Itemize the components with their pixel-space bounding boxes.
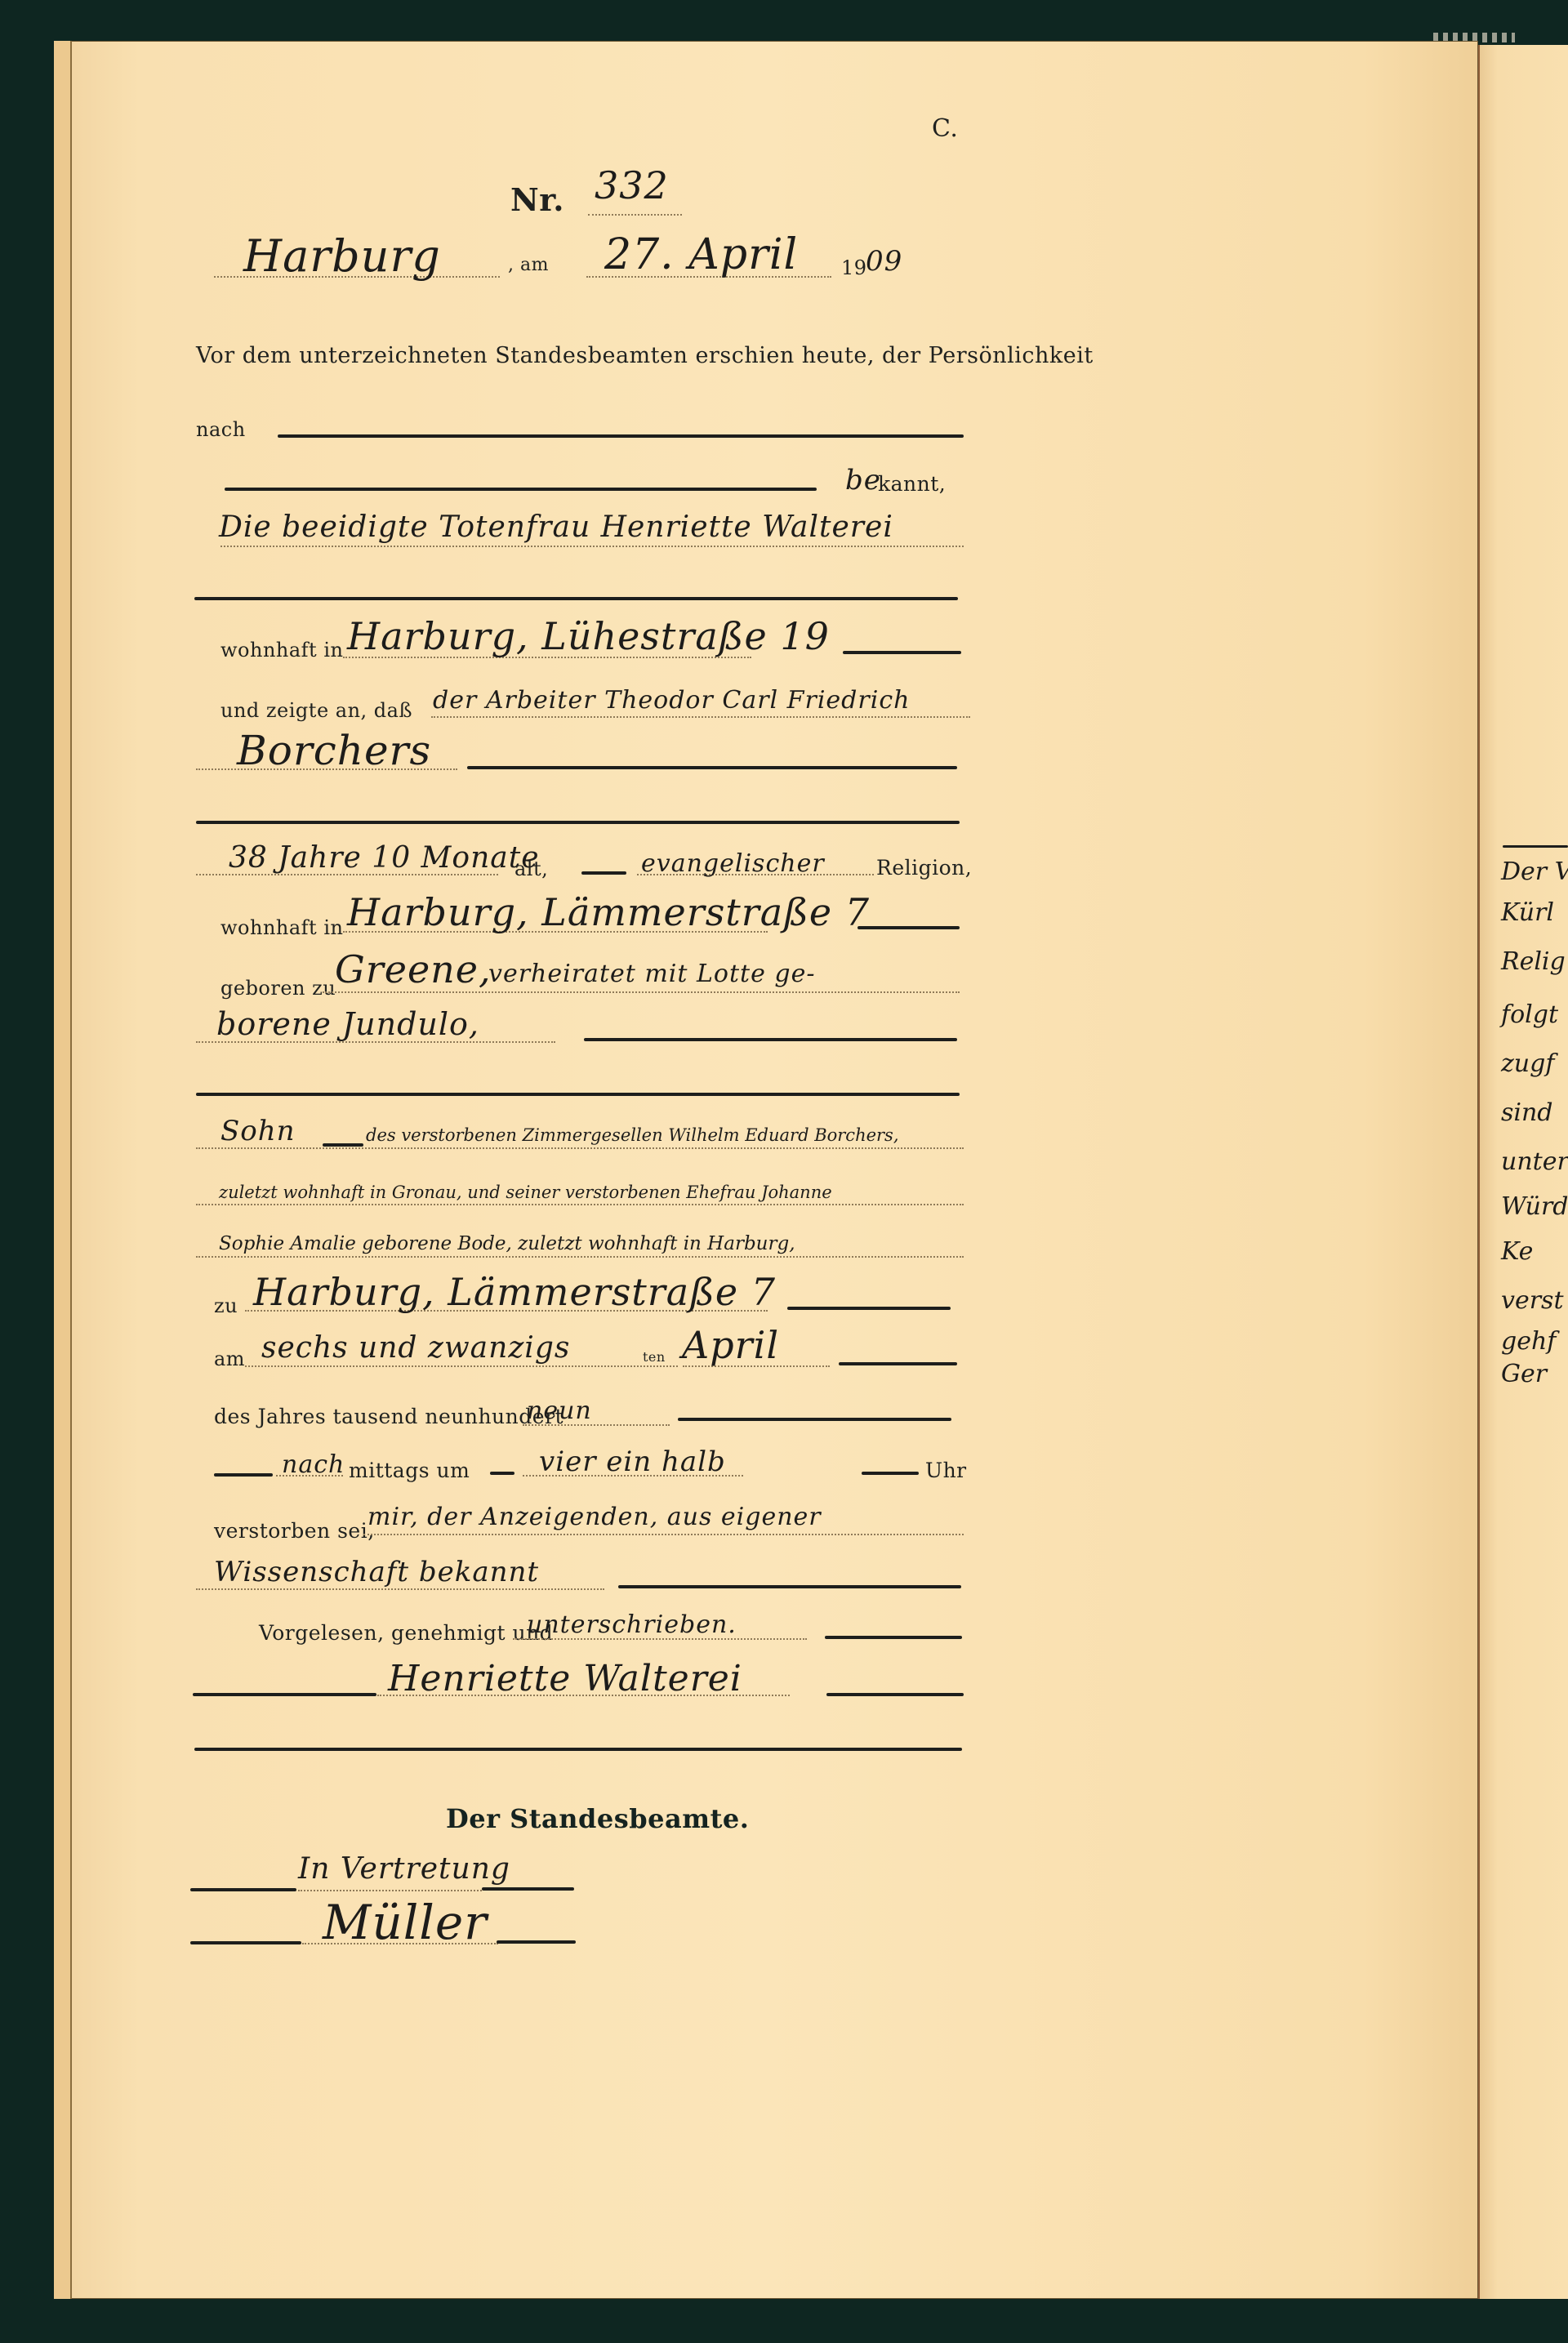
facing-page-line: unter [1501, 1147, 1568, 1176]
geboren-label: geboren zu [220, 977, 336, 1000]
ten-suffix: ten [643, 1349, 666, 1365]
registrar-line-2-left [190, 1941, 301, 1944]
registrar-representation: In Vertretung [298, 1852, 510, 1886]
intro-text: Vor dem unterzeichneten Standesbeamten e… [196, 343, 1094, 368]
am-label: am [214, 1347, 245, 1370]
death-day-dotted-line [245, 1365, 678, 1367]
divider-line-3 [196, 1093, 960, 1096]
informant-signature: Henriette Walterei [388, 1658, 742, 1699]
facing-page-line: Der V [1501, 857, 1568, 886]
signature-line-left [193, 1693, 376, 1696]
marriage-line-1: verheiratet mit Lotte ge- [488, 960, 815, 988]
facing-page-line: Würd [1501, 1192, 1568, 1221]
standesbeamte-heading: Der Standesbeamte. [446, 1803, 749, 1834]
facing-page-rule [1503, 845, 1568, 848]
wohnhaft-line [843, 651, 961, 654]
deceased-wohnhaft-label: wohnhaft in [220, 916, 343, 939]
date-am-label: , am [508, 255, 549, 275]
facing-page-line: sind [1501, 1098, 1553, 1127]
bekannt-line [225, 488, 817, 491]
nach-label: nach [196, 418, 246, 441]
parents-prefix: Sohn [220, 1115, 296, 1147]
uhr-label: Uhr [925, 1459, 967, 1482]
verstorben-label: verstorben sei, [214, 1519, 375, 1543]
approval-status: unterschrieben. [527, 1610, 737, 1639]
surname-line [467, 766, 957, 769]
death-year: neun [527, 1396, 592, 1425]
facing-page-line: Ke [1501, 1237, 1533, 1266]
bekannt-label: kannt, [878, 472, 946, 496]
number-label: Nr. [510, 181, 564, 218]
alt-label: alt, [514, 857, 548, 880]
deceased-surname: Borchers [237, 727, 431, 774]
facing-page-line: zugf [1501, 1049, 1554, 1078]
record-number: 332 [595, 163, 669, 207]
registrar-line-2-right [497, 1940, 576, 1944]
death-place: Harburg, Lämmerstraße 7 [253, 1270, 776, 1314]
facing-page-line: gehf [1501, 1327, 1556, 1356]
death-month: April [682, 1323, 779, 1367]
divider-line-4 [194, 1748, 962, 1751]
knowledge-line-1: mir, der Anzeigenden, aus eigener [367, 1503, 822, 1531]
uhr-blank-line-1 [490, 1472, 514, 1475]
parents-dotted-line-3 [196, 1256, 964, 1258]
facing-page-line: Relig [1501, 947, 1566, 976]
religion-value: evangelischer [641, 849, 825, 878]
uhr-blank-line-2 [862, 1472, 919, 1475]
facing-page-line: Kürl [1501, 898, 1554, 927]
informant-residence: Harburg, Lühestraße 19 [347, 614, 830, 658]
marriage-line-2: borene Jundulo, [216, 1006, 479, 1042]
zu-label: zu [214, 1294, 238, 1317]
jahres-label: des Jahres tausend neunhundert [214, 1405, 563, 1428]
zu-line [787, 1307, 951, 1310]
religion-label: Religion, [876, 856, 972, 880]
deceased-dotted-line [431, 716, 970, 718]
deceased-residence: Harburg, Lämmerstraße 7 [347, 890, 870, 934]
alt-blank-line [581, 871, 626, 875]
divider-line-1 [194, 597, 958, 600]
year-suffix: 09 [866, 245, 902, 278]
informant-name: Die beeidigte Totenfrau Henriette Walter… [219, 510, 893, 544]
parents-dotted-line-2 [196, 1204, 964, 1205]
am-line [839, 1362, 957, 1365]
jahres-line [678, 1418, 951, 1421]
number-dotted-line [588, 214, 682, 216]
page-stack-edge [54, 41, 72, 2299]
nach-line [278, 434, 964, 438]
record-date: 27. April [604, 230, 798, 279]
parents-line-3: Sophie Amalie geborene Bode, zuletzt woh… [219, 1233, 795, 1254]
death-time-prefix: nach [282, 1450, 345, 1479]
facing-page-line: verst [1501, 1286, 1564, 1315]
death-time: vier ein halb [539, 1445, 726, 1478]
vorgelesen-label: Vorgelesen, genehmigt und [259, 1621, 553, 1645]
marriage-line [584, 1038, 957, 1041]
series-letter: C. [932, 114, 958, 143]
informant-dotted-line [220, 546, 964, 547]
register-page [54, 41, 1478, 2299]
registrar-line-1-left [190, 1888, 296, 1891]
deceased-wohnhaft-line [857, 926, 960, 929]
registrar-line-1-right [482, 1887, 574, 1891]
bekannt-handwritten: be [845, 464, 881, 497]
knowledge-line-2: Wissenschaft bekannt [214, 1556, 539, 1588]
record-place: Harburg [243, 230, 441, 282]
zeigte-label: und zeigte an, daß [220, 699, 412, 722]
divider-line-2 [196, 821, 960, 824]
knowledge-dotted-line [196, 1588, 604, 1590]
mittags-blank-line [214, 1473, 273, 1477]
geboren-dotted-line [323, 991, 960, 993]
verstorben-dotted-line [363, 1534, 964, 1535]
death-day: sechs und zwanzigs [261, 1331, 570, 1365]
surname-dotted-line [196, 768, 457, 770]
knowledge-line [618, 1585, 961, 1588]
facing-page-line: Ger [1501, 1360, 1547, 1388]
deceased-age: 38 Jahre 10 Monate [229, 841, 540, 875]
parents-dotted-line-1 [196, 1147, 964, 1149]
mittags-label: mittags um [349, 1459, 470, 1482]
birthplace: Greene, [335, 947, 492, 991]
facing-page-line: folgt [1501, 1000, 1558, 1029]
parents-line-2: zuletzt wohnhaft in Gronau, und seiner v… [219, 1183, 832, 1202]
deceased-first-names: der Arbeiter Theodor Carl Friedrich [433, 686, 910, 715]
year-prefix: 19 [841, 256, 867, 279]
parents-line-1: des verstorbenen Zimmergesellen Wilhelm … [366, 1125, 899, 1145]
signature-line-right [826, 1693, 964, 1696]
wohnhaft-label: wohnhaft in [220, 639, 343, 661]
registrar-signature: Müller [323, 1895, 488, 1950]
parents-blank-line [323, 1143, 363, 1147]
vorgelesen-line [825, 1636, 962, 1639]
registrar-dotted-line-1 [298, 1890, 482, 1891]
